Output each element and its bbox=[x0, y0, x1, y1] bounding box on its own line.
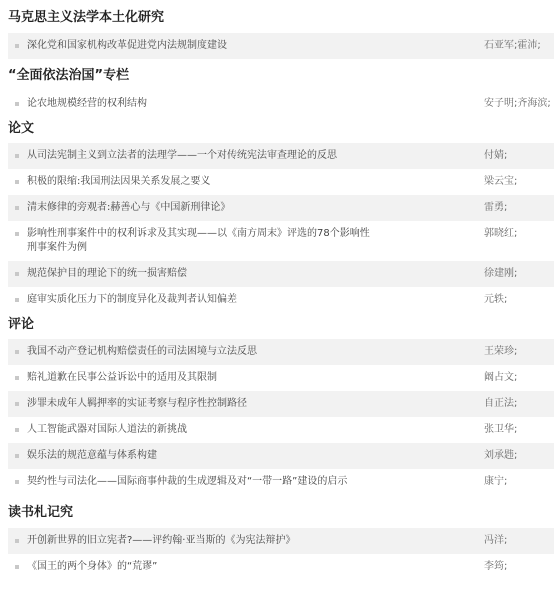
bullet-icon bbox=[15, 428, 19, 432]
article-author[interactable]: 郭晓红; bbox=[484, 227, 554, 241]
article-title-link[interactable]: 影响性刑事案件中的权利诉求及其实现——以《南方周末》评选的78个影响性刑事案件为… bbox=[27, 227, 372, 255]
article-author[interactable]: 康宁; bbox=[484, 475, 554, 489]
article-row[interactable]: 积极的限缩:我国刑法因果关系发展之要义 梁云宝; bbox=[8, 169, 554, 195]
article-row[interactable]: 清末修律的旁观者:赫善心与《中国新刑律论》 雷勇; bbox=[8, 195, 554, 221]
section-title: 马克思主义法学本土化研究 bbox=[8, 8, 554, 28]
article-title-link[interactable]: 《国王的两个身体》的“荒谬” bbox=[27, 560, 372, 574]
article-author[interactable]: 付婧; bbox=[484, 149, 554, 163]
article-author[interactable]: 刘承韪; bbox=[484, 449, 554, 463]
article-row[interactable]: 从司法宪制主义到立法者的法理学——一个对传统宪法审查理论的反思 付婧; bbox=[8, 143, 554, 169]
article-title-link[interactable]: 深化党和国家机构改革促进党内法规制度建设 bbox=[27, 39, 372, 53]
article-title-link[interactable]: 从司法宪制主义到立法者的法理学——一个对传统宪法审查理论的反思 bbox=[27, 149, 372, 163]
section-reading-notes: 读书札记究 开创新世界的旧立宪者?——评约翰·亚当斯的《为宪法辩护》 冯洋; 《… bbox=[8, 495, 554, 580]
article-author[interactable]: 冯洋; bbox=[484, 534, 554, 548]
article-title-link[interactable]: 规范保护目的理论下的统一损害赔偿 bbox=[27, 267, 372, 281]
article-row[interactable]: 深化党和国家机构改革促进党内法规制度建设 石亚军;霍沛; bbox=[8, 33, 554, 59]
bullet-icon bbox=[15, 180, 19, 184]
article-author[interactable]: 王荣珍; bbox=[484, 345, 554, 359]
bullet-icon bbox=[15, 376, 19, 380]
article-author[interactable]: 自正法; bbox=[484, 397, 554, 411]
section-marxist-law: 马克思主义法学本土化研究 深化党和国家机构改革促进党内法规制度建设 石亚军;霍沛… bbox=[8, 0, 554, 59]
article-row[interactable]: 契约性与司法化——国际商事仲裁的生成逻辑及对“一带一路”建设的启示 康宁; bbox=[8, 469, 554, 495]
article-title-link[interactable]: 涉罪未成年人羁押率的实证考察与程序性控制路径 bbox=[27, 397, 372, 411]
bullet-icon bbox=[15, 232, 19, 236]
article-row[interactable]: 人工智能武器对国际人道法的新挑战 张卫华; bbox=[8, 417, 554, 443]
bullet-icon bbox=[15, 44, 19, 48]
article-title-link[interactable]: 人工智能武器对国际人道法的新挑战 bbox=[27, 423, 372, 437]
article-row[interactable]: 涉罪未成年人羁押率的实证考察与程序性控制路径 自正法; bbox=[8, 391, 554, 417]
article-title-link[interactable]: 庭审实质化压力下的制度异化及裁判者认知偏差 bbox=[27, 293, 372, 307]
article-title-link[interactable]: 我国不动产登记机构赔偿责任的司法困境与立法反思 bbox=[27, 345, 372, 359]
bullet-icon bbox=[15, 272, 19, 276]
article-row[interactable]: 影响性刑事案件中的权利诉求及其实现——以《南方周末》评选的78个影响性刑事案件为… bbox=[8, 221, 554, 261]
article-author[interactable]: 徐建刚; bbox=[484, 267, 554, 281]
article-author[interactable]: 雷勇; bbox=[484, 201, 554, 215]
article-title-link[interactable]: 开创新世界的旧立宪者?——评约翰·亚当斯的《为宪法辩护》 bbox=[27, 534, 372, 548]
article-title-link[interactable]: 论农地规模经营的权利结构 bbox=[27, 97, 372, 111]
article-row[interactable]: 娱乐法的规范意蕴与体系构建 刘承韪; bbox=[8, 443, 554, 469]
article-title-link[interactable]: 契约性与司法化——国际商事仲裁的生成逻辑及对“一带一路”建设的启示 bbox=[27, 475, 372, 489]
bullet-icon bbox=[15, 480, 19, 484]
article-author[interactable]: 梁云宝; bbox=[484, 175, 554, 189]
bullet-icon bbox=[15, 102, 19, 106]
article-row[interactable]: 我国不动产登记机构赔偿责任的司法困境与立法反思 王荣珍; bbox=[8, 339, 554, 365]
article-title-link[interactable]: 赔礼道歉在民事公益诉讼中的适用及其限制 bbox=[27, 371, 372, 385]
article-author[interactable]: 石亚军;霍沛; bbox=[484, 39, 554, 53]
bullet-icon bbox=[15, 454, 19, 458]
article-row[interactable]: 赔礼道歉在民事公益诉讼中的适用及其限制 阚占文; bbox=[8, 365, 554, 391]
section-comments: 评论 我国不动产登记机构赔偿责任的司法困境与立法反思 王荣珍; 赔礼道歉在民事公… bbox=[8, 313, 554, 495]
table-of-contents: 马克思主义法学本土化研究 深化党和国家机构改革促进党内法规制度建设 石亚军;霍沛… bbox=[0, 0, 554, 580]
bullet-icon bbox=[15, 154, 19, 158]
article-row[interactable]: 《国王的两个身体》的“荒谬” 李筠; bbox=[8, 554, 554, 580]
bullet-icon bbox=[15, 539, 19, 543]
article-row[interactable]: 规范保护目的理论下的统一损害赔偿 徐建刚; bbox=[8, 261, 554, 287]
article-author[interactable]: 阚占文; bbox=[484, 371, 554, 385]
article-author[interactable]: 安子明;齐海滨; bbox=[484, 97, 554, 111]
article-title-link[interactable]: 清末修律的旁观者:赫善心与《中国新刑律论》 bbox=[27, 201, 372, 215]
bullet-icon bbox=[15, 298, 19, 302]
section-title: 读书札记究 bbox=[8, 503, 554, 523]
article-author[interactable]: 元轶; bbox=[484, 293, 554, 307]
article-author[interactable]: 张卫华; bbox=[484, 423, 554, 437]
bullet-icon bbox=[15, 402, 19, 406]
bullet-icon bbox=[15, 350, 19, 354]
section-papers: 论文 从司法宪制主义到立法者的法理学——一个对传统宪法审查理论的反思 付婧; 积… bbox=[8, 117, 554, 313]
article-title-link[interactable]: 积极的限缩:我国刑法因果关系发展之要义 bbox=[27, 175, 372, 189]
article-row[interactable]: 论农地规模经营的权利结构 安子明;齐海滨; bbox=[8, 91, 554, 117]
section-rule-of-law-column: “全面依法治国”专栏 论农地规模经营的权利结构 安子明;齐海滨; bbox=[8, 59, 554, 117]
bullet-icon bbox=[15, 565, 19, 569]
article-row[interactable]: 开创新世界的旧立宪者?——评约翰·亚当斯的《为宪法辩护》 冯洋; bbox=[8, 528, 554, 554]
article-row[interactable]: 庭审实质化压力下的制度异化及裁判者认知偏差 元轶; bbox=[8, 287, 554, 313]
bullet-icon bbox=[15, 206, 19, 210]
article-title-link[interactable]: 娱乐法的规范意蕴与体系构建 bbox=[27, 449, 372, 463]
section-title: 评论 bbox=[8, 315, 554, 335]
section-title: “全面依法治国”专栏 bbox=[8, 66, 554, 86]
article-author[interactable]: 李筠; bbox=[484, 560, 554, 574]
section-title: 论文 bbox=[8, 119, 554, 139]
